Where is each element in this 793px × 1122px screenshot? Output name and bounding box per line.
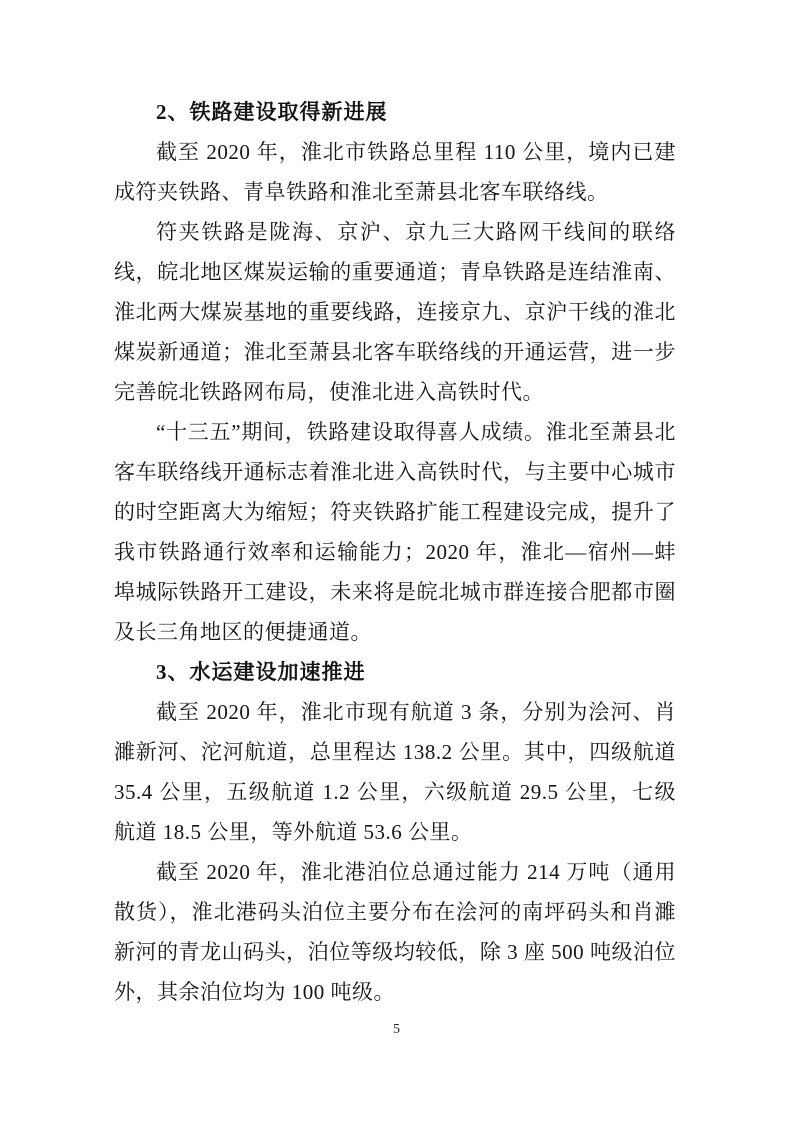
section-heading-waterway: 3、水运建设加速推进 [114,652,676,692]
paragraph-waterway-channels: 截至 2020 年，淮北市现有航道 3 条，分别为浍河、肖濉新河、沱河航道，总里… [114,692,676,852]
paragraph-waterway-port: 截至 2020 年，淮北港泊位总通过能力 214 万吨（通用散货），淮北港码头泊… [114,852,676,1012]
page-number: 5 [0,1020,793,1040]
paragraph-railway-achievements: “十三五”期间，铁路建设取得喜人成绩。淮北至萧县北客车联络线开通标志着淮北进入高… [114,412,676,652]
document-page: 2、铁路建设取得新进展 截至 2020 年，淮北市铁路总里程 110 公里，境内… [0,0,793,1122]
paragraph-railway-lines: 符夹铁路是陇海、京沪、京九三大路网干线间的联络线，皖北地区煤炭运输的重要通道；青… [114,212,676,412]
paragraph-railway-overview: 截至 2020 年，淮北市铁路总里程 110 公里，境内已建成符夹铁路、青阜铁路… [114,132,676,212]
section-heading-railway: 2、铁路建设取得新进展 [114,92,676,132]
document-body: 2、铁路建设取得新进展 截至 2020 年，淮北市铁路总里程 110 公里，境内… [114,92,676,1012]
